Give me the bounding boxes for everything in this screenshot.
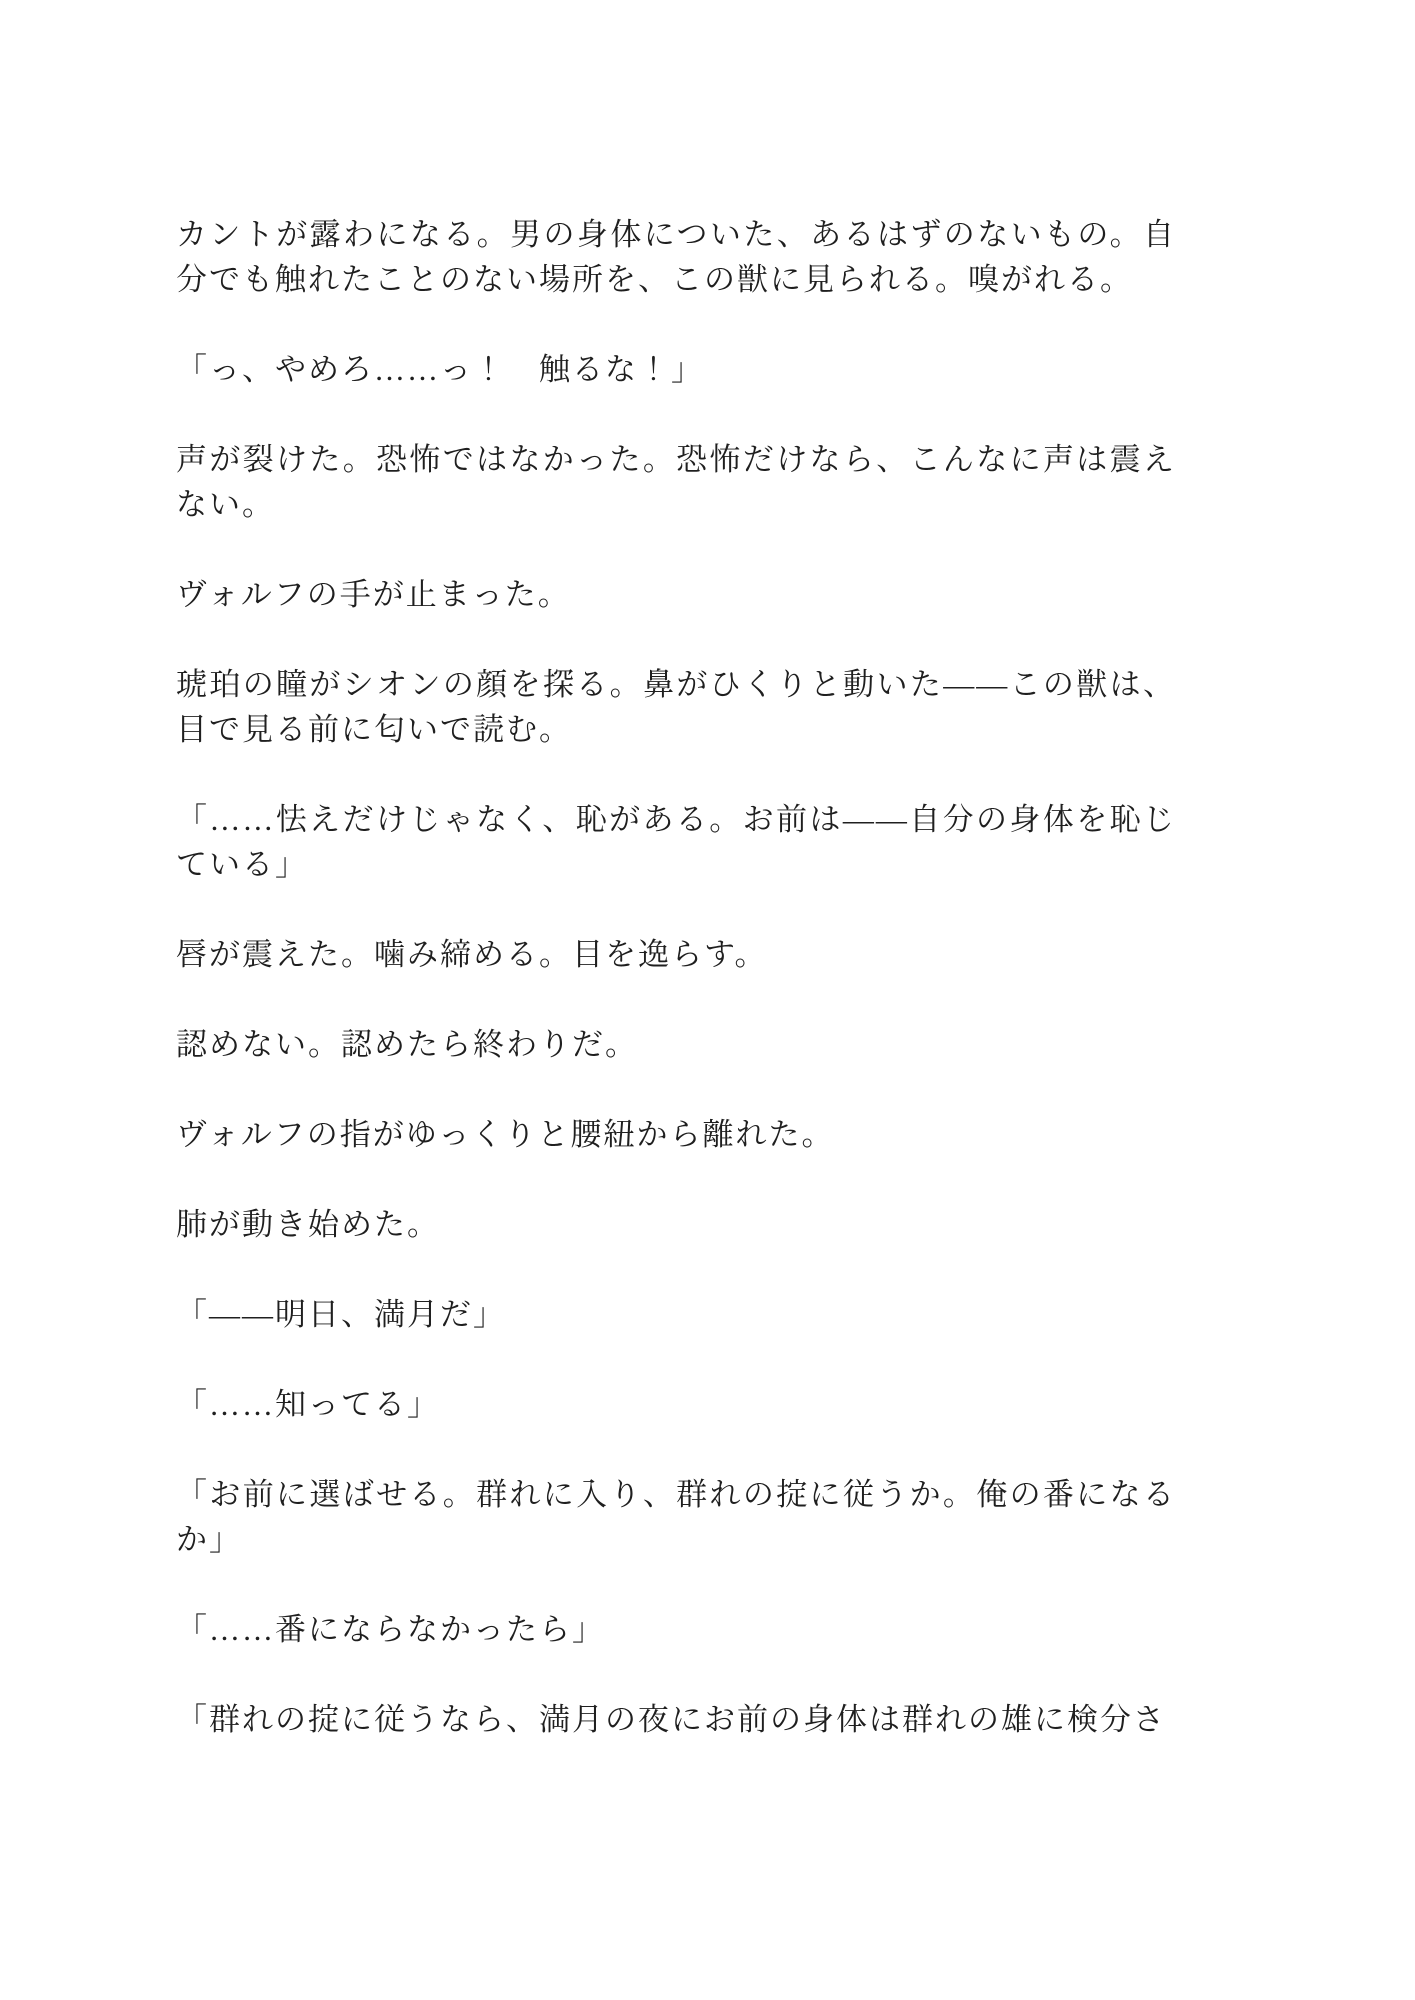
paragraph: 「……怯えだけじゃなく、恥がある。お前は——自分の身体を恥じている」 xyxy=(176,797,1176,887)
paragraph: 琥珀の瞳がシオンの顔を探る。鼻がひくりと動いた——この獣は、目で見る前に匂いで読… xyxy=(176,662,1176,752)
paragraph: 「お前に選ばせる。群れに入り、群れの掟に従うか。俺の番になるか」 xyxy=(176,1472,1176,1562)
paragraph: ヴォルフの指がゆっくりと腰紐から離れた。 xyxy=(176,1112,1176,1157)
paragraph: カントが露わになる。男の身体についた、あるはずのないもの。自分でも触れたことのな… xyxy=(176,212,1176,302)
page: カントが露わになる。男の身体についた、あるはずのないもの。自分でも触れたことのな… xyxy=(0,0,1415,2000)
paragraph: 声が裂けた。恐怖ではなかった。恐怖だけなら、こんなに声は震えない。 xyxy=(176,437,1176,527)
text-column: カントが露わになる。男の身体についた、あるはずのないもの。自分でも触れたことのな… xyxy=(176,212,1176,1787)
paragraph: 「……知ってる」 xyxy=(176,1382,1176,1427)
paragraph: 肺が動き始めた。 xyxy=(176,1202,1176,1247)
paragraph: 唇が震えた。噛み締める。目を逸らす。 xyxy=(176,932,1176,977)
paragraph: 「っ、やめろ……っ！ 触るな！」 xyxy=(176,347,1176,392)
paragraph: 認めない。認めたら終わりだ。 xyxy=(176,1022,1176,1067)
paragraph: 「……番にならなかったら」 xyxy=(176,1607,1176,1652)
paragraph: ヴォルフの手が止まった。 xyxy=(176,572,1176,617)
paragraph: 「——明日、満月だ」 xyxy=(176,1292,1176,1337)
paragraph: 「群れの掟に従うなら、満月の夜にお前の身体は群れの雄に検分さ xyxy=(176,1697,1176,1742)
